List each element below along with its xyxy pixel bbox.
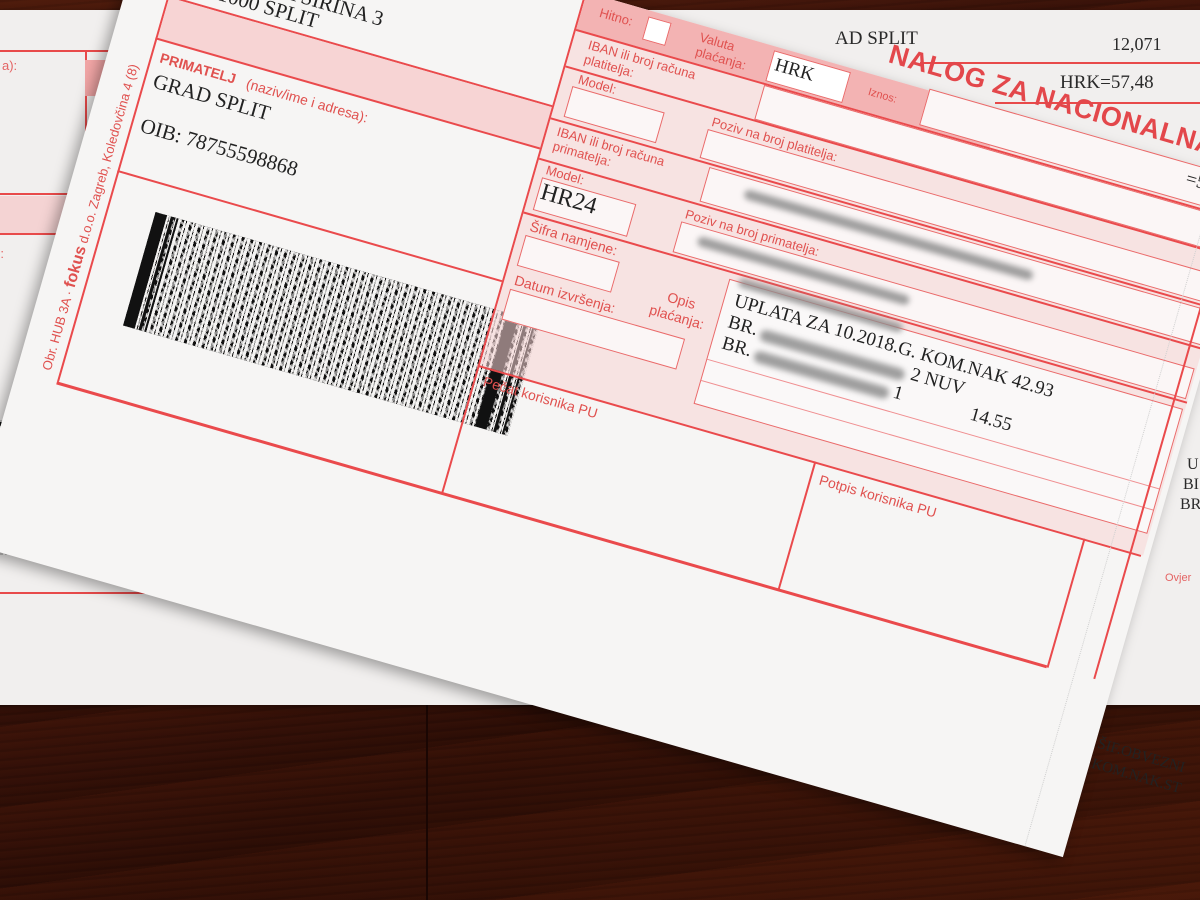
back-description-line-3: BR	[1180, 496, 1200, 514]
iznos-value: =57,48	[1183, 168, 1200, 204]
opis-line-3-suffix: 1	[890, 382, 905, 406]
form-code: Obr. HUB 3A	[39, 296, 74, 372]
opis-line-3-amount: 14.55	[967, 404, 1014, 437]
table-seam	[426, 700, 428, 900]
primatelj-oib: OIB: 78755598868	[137, 113, 300, 182]
back-ovjera-label: Ovjer	[1165, 572, 1191, 584]
pdf417-barcode	[123, 212, 540, 436]
back-label-fragment-2: ):	[0, 246, 4, 261]
back-description-line-1: U	[1187, 456, 1199, 474]
back-label-fragment: a):	[2, 58, 17, 73]
back-description-line-2: BI	[1183, 476, 1199, 494]
back-reference-number: 12,071	[1112, 34, 1162, 55]
